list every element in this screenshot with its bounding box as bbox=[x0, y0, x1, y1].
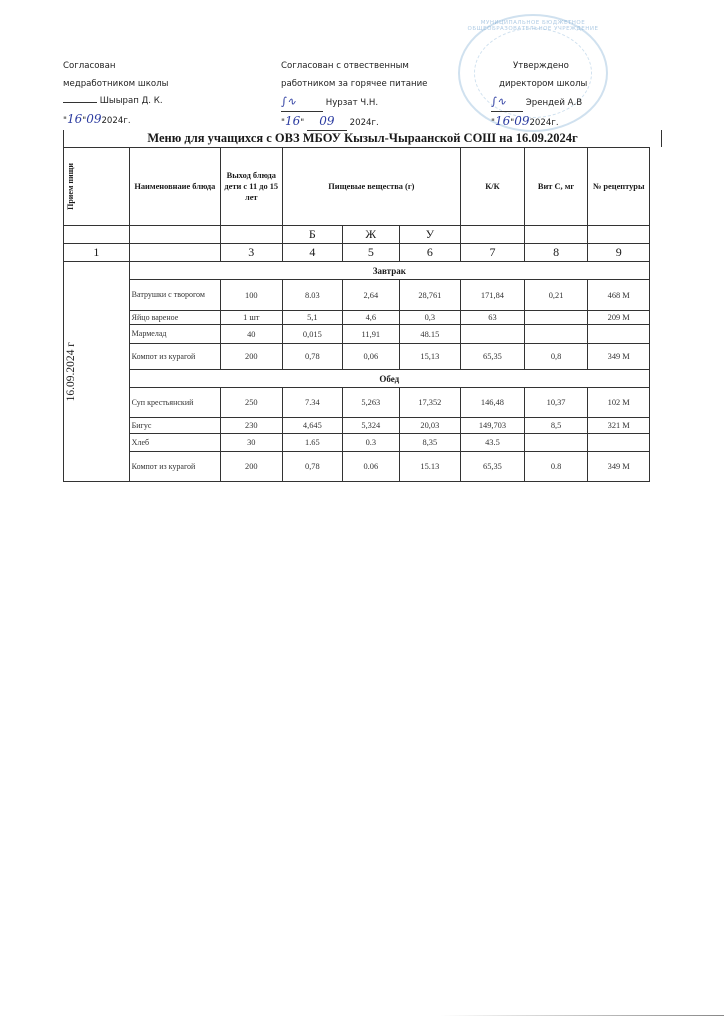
table-row: Хлеб301.650.38,3543.5 bbox=[64, 434, 650, 452]
approval-label: Утверждено bbox=[491, 58, 587, 76]
cell-b: 7.34 bbox=[282, 388, 343, 418]
header-vitc: Вит С, мг bbox=[524, 148, 588, 226]
document-title: Меню для учащихся с ОВЗ МБОУ Кызыл-Чыраа… bbox=[63, 130, 662, 147]
dish-name: Бигус bbox=[129, 418, 220, 434]
cell-kk bbox=[461, 325, 525, 344]
column-number-row: 13456789 bbox=[64, 244, 650, 262]
approval-role: медработником школы bbox=[63, 76, 168, 94]
scan-edge bbox=[440, 1015, 724, 1016]
dish-name: Компот из курагой bbox=[129, 452, 220, 482]
subheader-empty bbox=[524, 226, 588, 244]
cell-b: 0,015 bbox=[282, 325, 343, 344]
cell-b: 4,645 bbox=[282, 418, 343, 434]
cell-recipe: 209 М bbox=[588, 311, 650, 325]
cell-vitc: 8,5 bbox=[524, 418, 588, 434]
cell-u: 28,761 bbox=[399, 280, 461, 311]
cell-zh: 2,64 bbox=[343, 280, 399, 311]
table-row: Суп крестьянский2507.345,26317,352146,48… bbox=[64, 388, 650, 418]
cell-u: 48.15 bbox=[399, 325, 461, 344]
approval-medical: Согласован медработником школы Шыырап Д.… bbox=[63, 58, 168, 130]
cell-zh: 4,6 bbox=[343, 311, 399, 325]
header-portion: Выход блюда дети с 11 до 15 лет bbox=[221, 148, 283, 226]
date-label: 16.09.2024 г bbox=[66, 342, 76, 401]
signature-icon: ∫∿ bbox=[281, 93, 323, 112]
cell-b: 8.03 bbox=[282, 280, 343, 311]
cell-vitc bbox=[524, 311, 588, 325]
cell-b: 5,1 bbox=[282, 311, 343, 325]
approval-year: 2024г. bbox=[350, 118, 379, 128]
approval-food-service: Согласован с отвественным работником за … bbox=[281, 58, 427, 132]
column-number: 1 bbox=[64, 244, 130, 262]
cell-u: 17,352 bbox=[399, 388, 461, 418]
table-row: Мармелад400,01511,9148.15 bbox=[64, 325, 650, 344]
subheader-empty bbox=[461, 226, 525, 244]
section-row: Обед bbox=[64, 370, 650, 388]
cell-kk: 146,48 bbox=[461, 388, 525, 418]
table-row: Компот из курагой2000,780.0615.1365,350.… bbox=[64, 452, 650, 482]
subheader-row: БЖУ bbox=[64, 226, 650, 244]
approval-month: 09 bbox=[514, 114, 529, 128]
column-number: 4 bbox=[282, 244, 343, 262]
approval-year: 2024г. bbox=[529, 118, 558, 128]
approval-month: 09 bbox=[86, 112, 101, 126]
subheader-empty bbox=[64, 226, 130, 244]
subheader-empty bbox=[129, 226, 220, 244]
column-number: 8 bbox=[524, 244, 588, 262]
table-row: Ватрушки с творогом1008.032,6428,761171,… bbox=[64, 280, 650, 311]
cell-zh: 0.06 bbox=[343, 452, 399, 482]
cell-zh: 11,91 bbox=[343, 325, 399, 344]
cell-u: 8,35 bbox=[399, 434, 461, 452]
header-kk: К/К bbox=[461, 148, 525, 226]
cell-recipe: 349 М bbox=[588, 344, 650, 370]
cell-portion: 100 bbox=[221, 280, 283, 311]
column-number bbox=[129, 244, 220, 262]
cell-u: 0,3 bbox=[399, 311, 461, 325]
cell-recipe: 349 М bbox=[588, 452, 650, 482]
cell-vitc: 10,37 bbox=[524, 388, 588, 418]
cell-b: 1.65 bbox=[282, 434, 343, 452]
dish-name: Мармелад bbox=[129, 325, 220, 344]
table-row: Яйцо вареное1 шт5,14,60,363209 М bbox=[64, 311, 650, 325]
approval-director: Утверждено директором школы ∫∿ Эрендей А… bbox=[491, 58, 587, 132]
cell-vitc bbox=[524, 325, 588, 344]
dish-name: Хлеб bbox=[129, 434, 220, 452]
dish-name: Суп крестьянский bbox=[129, 388, 220, 418]
approval-label: Согласован с отвественным bbox=[281, 58, 427, 76]
approval-day: 16 bbox=[285, 114, 300, 128]
cell-u: 20,03 bbox=[399, 418, 461, 434]
cell-portion: 200 bbox=[221, 344, 283, 370]
cell-zh: 5,263 bbox=[343, 388, 399, 418]
cell-recipe: 102 М bbox=[588, 388, 650, 418]
cell-b: 0,78 bbox=[282, 452, 343, 482]
cell-kk: 43.5 bbox=[461, 434, 525, 452]
approval-label: Согласован bbox=[63, 58, 168, 76]
subheader-carbs: У bbox=[399, 226, 461, 244]
approval-role: директором школы bbox=[491, 76, 587, 94]
subheader-empty bbox=[588, 226, 650, 244]
header-dish: Наименовнаие блюда bbox=[129, 148, 220, 226]
signature-icon: ∫∿ bbox=[491, 93, 523, 112]
cell-u: 15.13 bbox=[399, 452, 461, 482]
cell-zh: 0,06 bbox=[343, 344, 399, 370]
cell-recipe: 468 М bbox=[588, 280, 650, 311]
stamp-text: МУНИЦИПАЛЬНОЕ БЮДЖЕТНОЕ ОБЩЕОБРАЗОВАТЕЛЬ… bbox=[460, 20, 606, 32]
cell-portion: 30 bbox=[221, 434, 283, 452]
approval-year: 2024г. bbox=[101, 116, 130, 126]
cell-kk: 171,84 bbox=[461, 280, 525, 311]
section-title: Обед bbox=[129, 370, 649, 388]
cell-portion: 230 bbox=[221, 418, 283, 434]
approval-name: Нурзат Ч.Н. bbox=[326, 98, 378, 108]
header-row: Прием пищи Наименовнаие блюда Выход блюд… bbox=[64, 148, 650, 226]
cell-portion: 200 bbox=[221, 452, 283, 482]
approval-role: работником за горячее питание bbox=[281, 76, 427, 94]
date-cell: 16.09.2024 г bbox=[64, 262, 130, 482]
cell-kk: 63 bbox=[461, 311, 525, 325]
cell-zh: 5,324 bbox=[343, 418, 399, 434]
column-number: 6 bbox=[399, 244, 461, 262]
subheader-empty bbox=[221, 226, 283, 244]
header-recipe: № рецептуры bbox=[588, 148, 650, 226]
column-number: 9 bbox=[588, 244, 650, 262]
column-number: 5 bbox=[343, 244, 399, 262]
cell-portion: 1 шт bbox=[221, 311, 283, 325]
table-row: Компот из курагой2000,780,0615,1365,350,… bbox=[64, 344, 650, 370]
cell-zh: 0.3 bbox=[343, 434, 399, 452]
dish-name: Компот из курагой bbox=[129, 344, 220, 370]
cell-vitc: 0.8 bbox=[524, 452, 588, 482]
cell-u: 15,13 bbox=[399, 344, 461, 370]
cell-portion: 250 bbox=[221, 388, 283, 418]
header-meal: Прием пищи bbox=[64, 148, 130, 226]
column-number: 7 bbox=[461, 244, 525, 262]
approval-day: 16 bbox=[495, 114, 510, 128]
subheader-protein: Б bbox=[282, 226, 343, 244]
column-number: 3 bbox=[221, 244, 283, 262]
cell-b: 0,78 bbox=[282, 344, 343, 370]
cell-vitc: 0,21 bbox=[524, 280, 588, 311]
dish-name: Яйцо вареное bbox=[129, 311, 220, 325]
header-nutrients: Пищевые вещества (г) bbox=[282, 148, 461, 226]
section-title: Завтрак bbox=[129, 262, 649, 280]
approval-name: Шыырап Д. К. bbox=[100, 96, 163, 106]
approval-name: Эрендей А.В bbox=[526, 98, 582, 108]
cell-vitc: 0,8 bbox=[524, 344, 588, 370]
cell-portion: 40 bbox=[221, 325, 283, 344]
section-row: 16.09.2024 гЗавтрак bbox=[64, 262, 650, 280]
cell-recipe bbox=[588, 434, 650, 452]
cell-kk: 65,35 bbox=[461, 344, 525, 370]
cell-kk: 65,35 bbox=[461, 452, 525, 482]
cell-recipe bbox=[588, 325, 650, 344]
table-row: Бигус2304,6455,32420,03149,7038,5321 М bbox=[64, 418, 650, 434]
approval-day: 16 bbox=[67, 112, 82, 126]
cell-recipe: 321 М bbox=[588, 418, 650, 434]
subheader-fat: Ж bbox=[343, 226, 399, 244]
dish-name: Ватрушки с творогом bbox=[129, 280, 220, 311]
menu-table: Прием пищи Наименовнаие блюда Выход блюд… bbox=[63, 147, 650, 482]
approval-month: 09 bbox=[307, 113, 347, 132]
cell-kk: 149,703 bbox=[461, 418, 525, 434]
cell-vitc bbox=[524, 434, 588, 452]
